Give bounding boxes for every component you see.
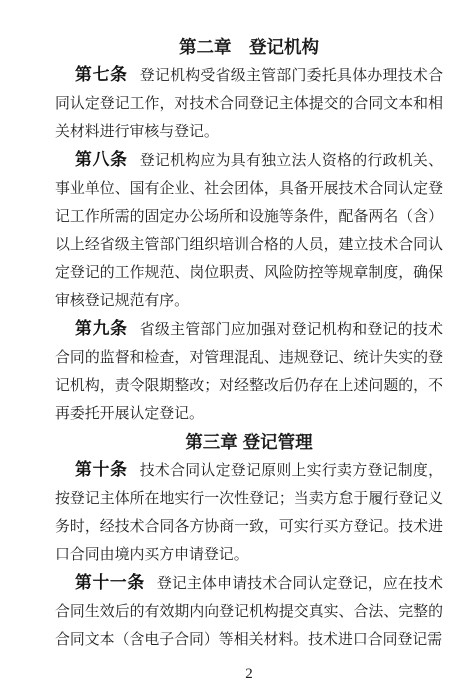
article-7: 第七条登记机构受省级主管部门委托具体办理技术合同认定登记工作，对技术合同登记主体… <box>55 61 443 146</box>
article-8-text: 登记机构应为具有独立法人资格的行政机关、事业单位、国有企业、社会团体，具备开展技… <box>55 153 443 309</box>
article-10-number: 第十条 <box>75 460 128 479</box>
document-page: 第二章 登记机构 第七条登记机构受省级主管部门委托具体办理技术合同认定登记工作，… <box>0 0 464 695</box>
article-11: 第十一条登记主体申请技术合同认定登记，应在技术合同生效后的有效期内向登记机构提交… <box>55 569 443 654</box>
article-7-number: 第七条 <box>75 65 128 84</box>
article-11-number: 第十一条 <box>75 573 145 592</box>
article-10: 第十条技术合同认定登记原则上实行卖方登记制度，按登记主体所在地实行一次性登记；当… <box>55 456 443 569</box>
article-9: 第九条省级主管部门应加强对登记机构和登记的技术合同的监督和检查，对管理混乱、违规… <box>55 315 443 428</box>
article-8: 第八条登记机构应为具有独立法人资格的行政机关、事业单位、国有企业、社会团体，具备… <box>55 146 443 315</box>
chapter-heading-2: 第二章 登记机构 <box>55 33 443 61</box>
chapter-heading-3: 第三章 登记管理 <box>55 428 443 456</box>
page-number: 2 <box>55 660 443 688</box>
article-8-number: 第八条 <box>75 150 128 169</box>
article-9-number: 第九条 <box>75 319 128 338</box>
